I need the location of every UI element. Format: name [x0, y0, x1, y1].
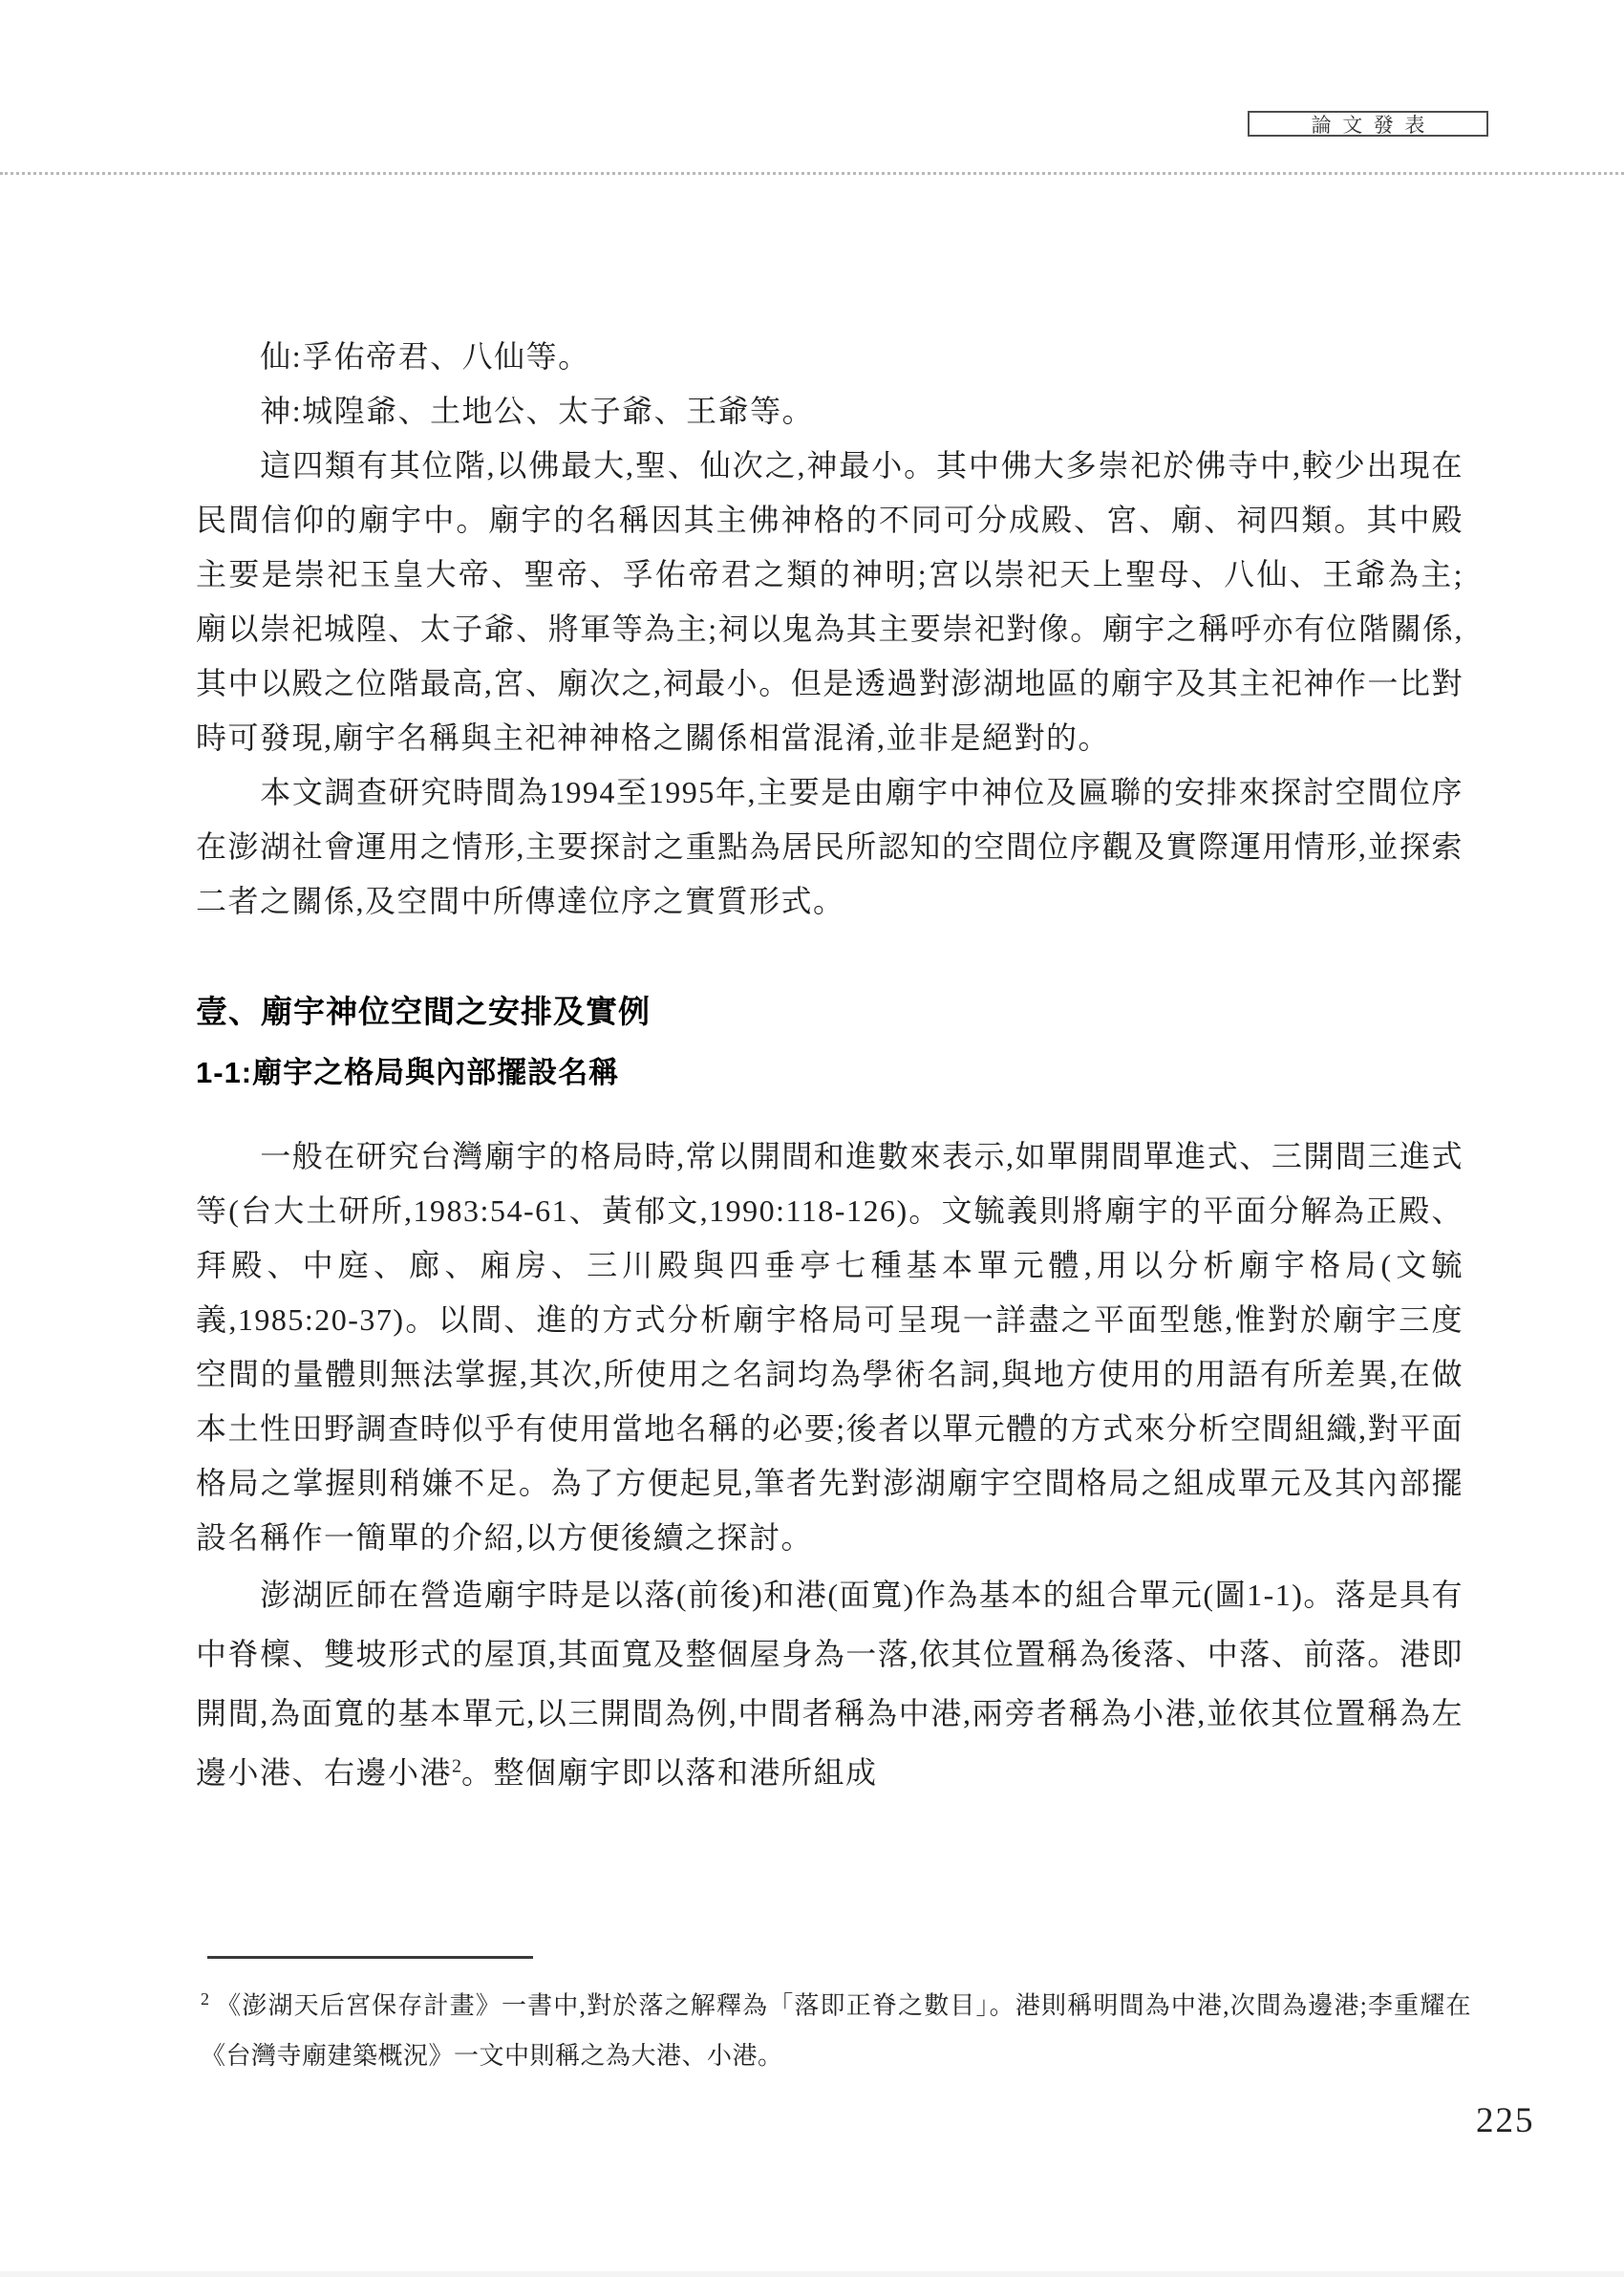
subsection-heading: 1-1:廟宇之格局與內部擺設名稱 [196, 1055, 1464, 1091]
paragraph-temple-layout: 一般在研究台灣廟宇的格局時,常以開間和進數來表示,如單開間單進式、三開間三進式等… [196, 1129, 1464, 1565]
footnote-reference-2: 2 [452, 1755, 461, 1776]
paragraph-gods: 神:城隍爺、土地公、太子爺、王爺等。 [196, 384, 1464, 439]
footnote-marker: 2 [201, 1989, 210, 2008]
paragraph-hierarchy: 這四類有其位階,以佛最大,聖、仙次之,神最小。其中佛大多崇祀於佛寺中,較少出現在… [196, 439, 1464, 765]
paragraph-craftsmen-tail: 。整個廟宇即以落和港所組成 [461, 1755, 878, 1790]
paragraph-immortals: 仙:孚佑帝君、八仙等。 [196, 330, 1464, 384]
running-head-box: 論文發表 [1248, 111, 1488, 137]
running-head-label: 論文發表 [1300, 110, 1436, 139]
body-text-column: 仙:孚佑帝君、八仙等。 神:城隍爺、土地公、太子爺、王爺等。 這四類有其位階,以… [196, 330, 1464, 1802]
page-number: 225 [1476, 2100, 1535, 2141]
footnote-block: 2《澎湖天后宮保存計畫》一書中,對於落之解釋為「落即正脊之數目」。港則稱明間為中… [201, 1974, 1471, 2081]
paragraph-craftsmen: 澎湖匠師在營造廟宇時是以落(前後)和港(面寬)作為基本的組合單元(圖1-1)。落… [196, 1565, 1464, 1802]
header-dotted-divider [0, 172, 1624, 175]
scan-bottom-edge [0, 2271, 1624, 2277]
paragraph-survey-period: 本文調查研究時間為1994至1995年,主要是由廟宇中神位及匾聯的安排來探討空間… [196, 765, 1464, 929]
section-heading: 壹、廟宇神位空間之安排及實例 [196, 992, 1464, 1032]
footnote-separator-rule [207, 1956, 533, 1959]
footnote-text: 《澎湖天后宮保存計畫》一書中,對於落之解釋為「落即正脊之數目」。港則稱明間為中港… [201, 1992, 1471, 2070]
document-page: 論文發表 仙:孚佑帝君、八仙等。 神:城隍爺、土地公、太子爺、王爺等。 這四類有… [0, 0, 1624, 2277]
